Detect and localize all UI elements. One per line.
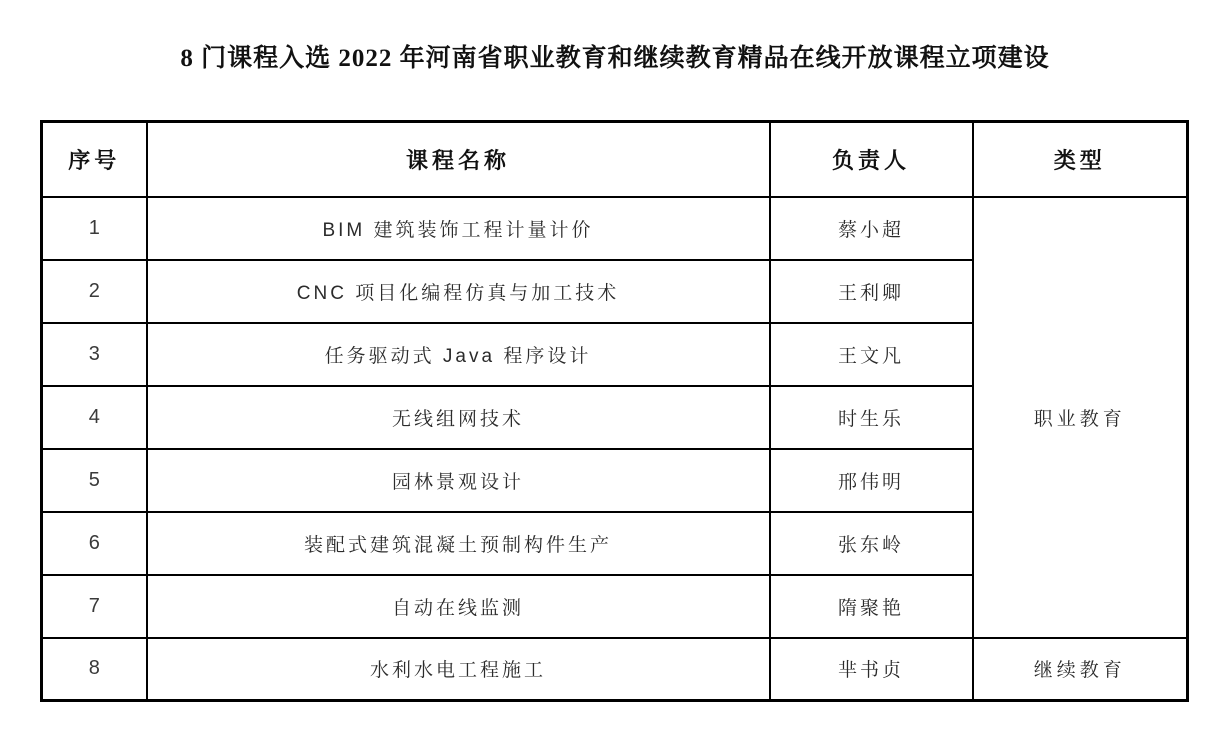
cell-no: 1 [42, 197, 147, 260]
cell-leader: 王利卿 [770, 260, 973, 323]
cell-leader: 蔡小超 [770, 197, 973, 260]
table-header-row: 序号 课程名称 负责人 类型 [42, 122, 1188, 197]
cell-course: 园林景观设计 [147, 449, 770, 512]
table-row: 8 水利水电工程施工 芈书贞 继续教育 [42, 638, 1188, 701]
table-body: 1 BIM 建筑装饰工程计量计价 蔡小超 职业教育 2 CNC 项目化编程仿真与… [42, 197, 1188, 701]
cell-type: 职业教育 [973, 197, 1188, 638]
cell-leader: 隋聚艳 [770, 575, 973, 638]
cell-no: 5 [42, 449, 147, 512]
cell-leader: 邢伟明 [770, 449, 973, 512]
cell-leader: 张东岭 [770, 512, 973, 575]
cell-leader: 芈书贞 [770, 638, 973, 701]
header-leader: 负责人 [770, 122, 973, 197]
cell-course: CNC 项目化编程仿真与加工技术 [147, 260, 770, 323]
cell-type: 继续教育 [973, 638, 1188, 701]
document-page: 8 门课程入选 2022 年河南省职业教育和继续教育精品在线开放课程立项建设 序… [0, 0, 1218, 734]
courses-table: 序号 课程名称 负责人 类型 1 BIM 建筑装饰工程计量计价 蔡小超 职业教育… [40, 120, 1189, 702]
cell-no: 3 [42, 323, 147, 386]
cell-course: BIM 建筑装饰工程计量计价 [147, 197, 770, 260]
cell-leader: 王文凡 [770, 323, 973, 386]
cell-no: 6 [42, 512, 147, 575]
cell-course: 自动在线监测 [147, 575, 770, 638]
cell-no: 8 [42, 638, 147, 701]
cell-no: 4 [42, 386, 147, 449]
cell-leader: 时生乐 [770, 386, 973, 449]
header-course: 课程名称 [147, 122, 770, 197]
cell-no: 2 [42, 260, 147, 323]
table-row: 1 BIM 建筑装饰工程计量计价 蔡小超 职业教育 [42, 197, 1188, 260]
cell-course: 装配式建筑混凝土预制构件生产 [147, 512, 770, 575]
page-title: 8 门课程入选 2022 年河南省职业教育和继续教育精品在线开放课程立项建设 [50, 38, 1180, 74]
cell-course: 任务驱动式 Java 程序设计 [147, 323, 770, 386]
header-type: 类型 [973, 122, 1188, 197]
cell-no: 7 [42, 575, 147, 638]
header-no: 序号 [42, 122, 147, 197]
cell-course: 水利水电工程施工 [147, 638, 770, 701]
cell-course: 无线组网技术 [147, 386, 770, 449]
